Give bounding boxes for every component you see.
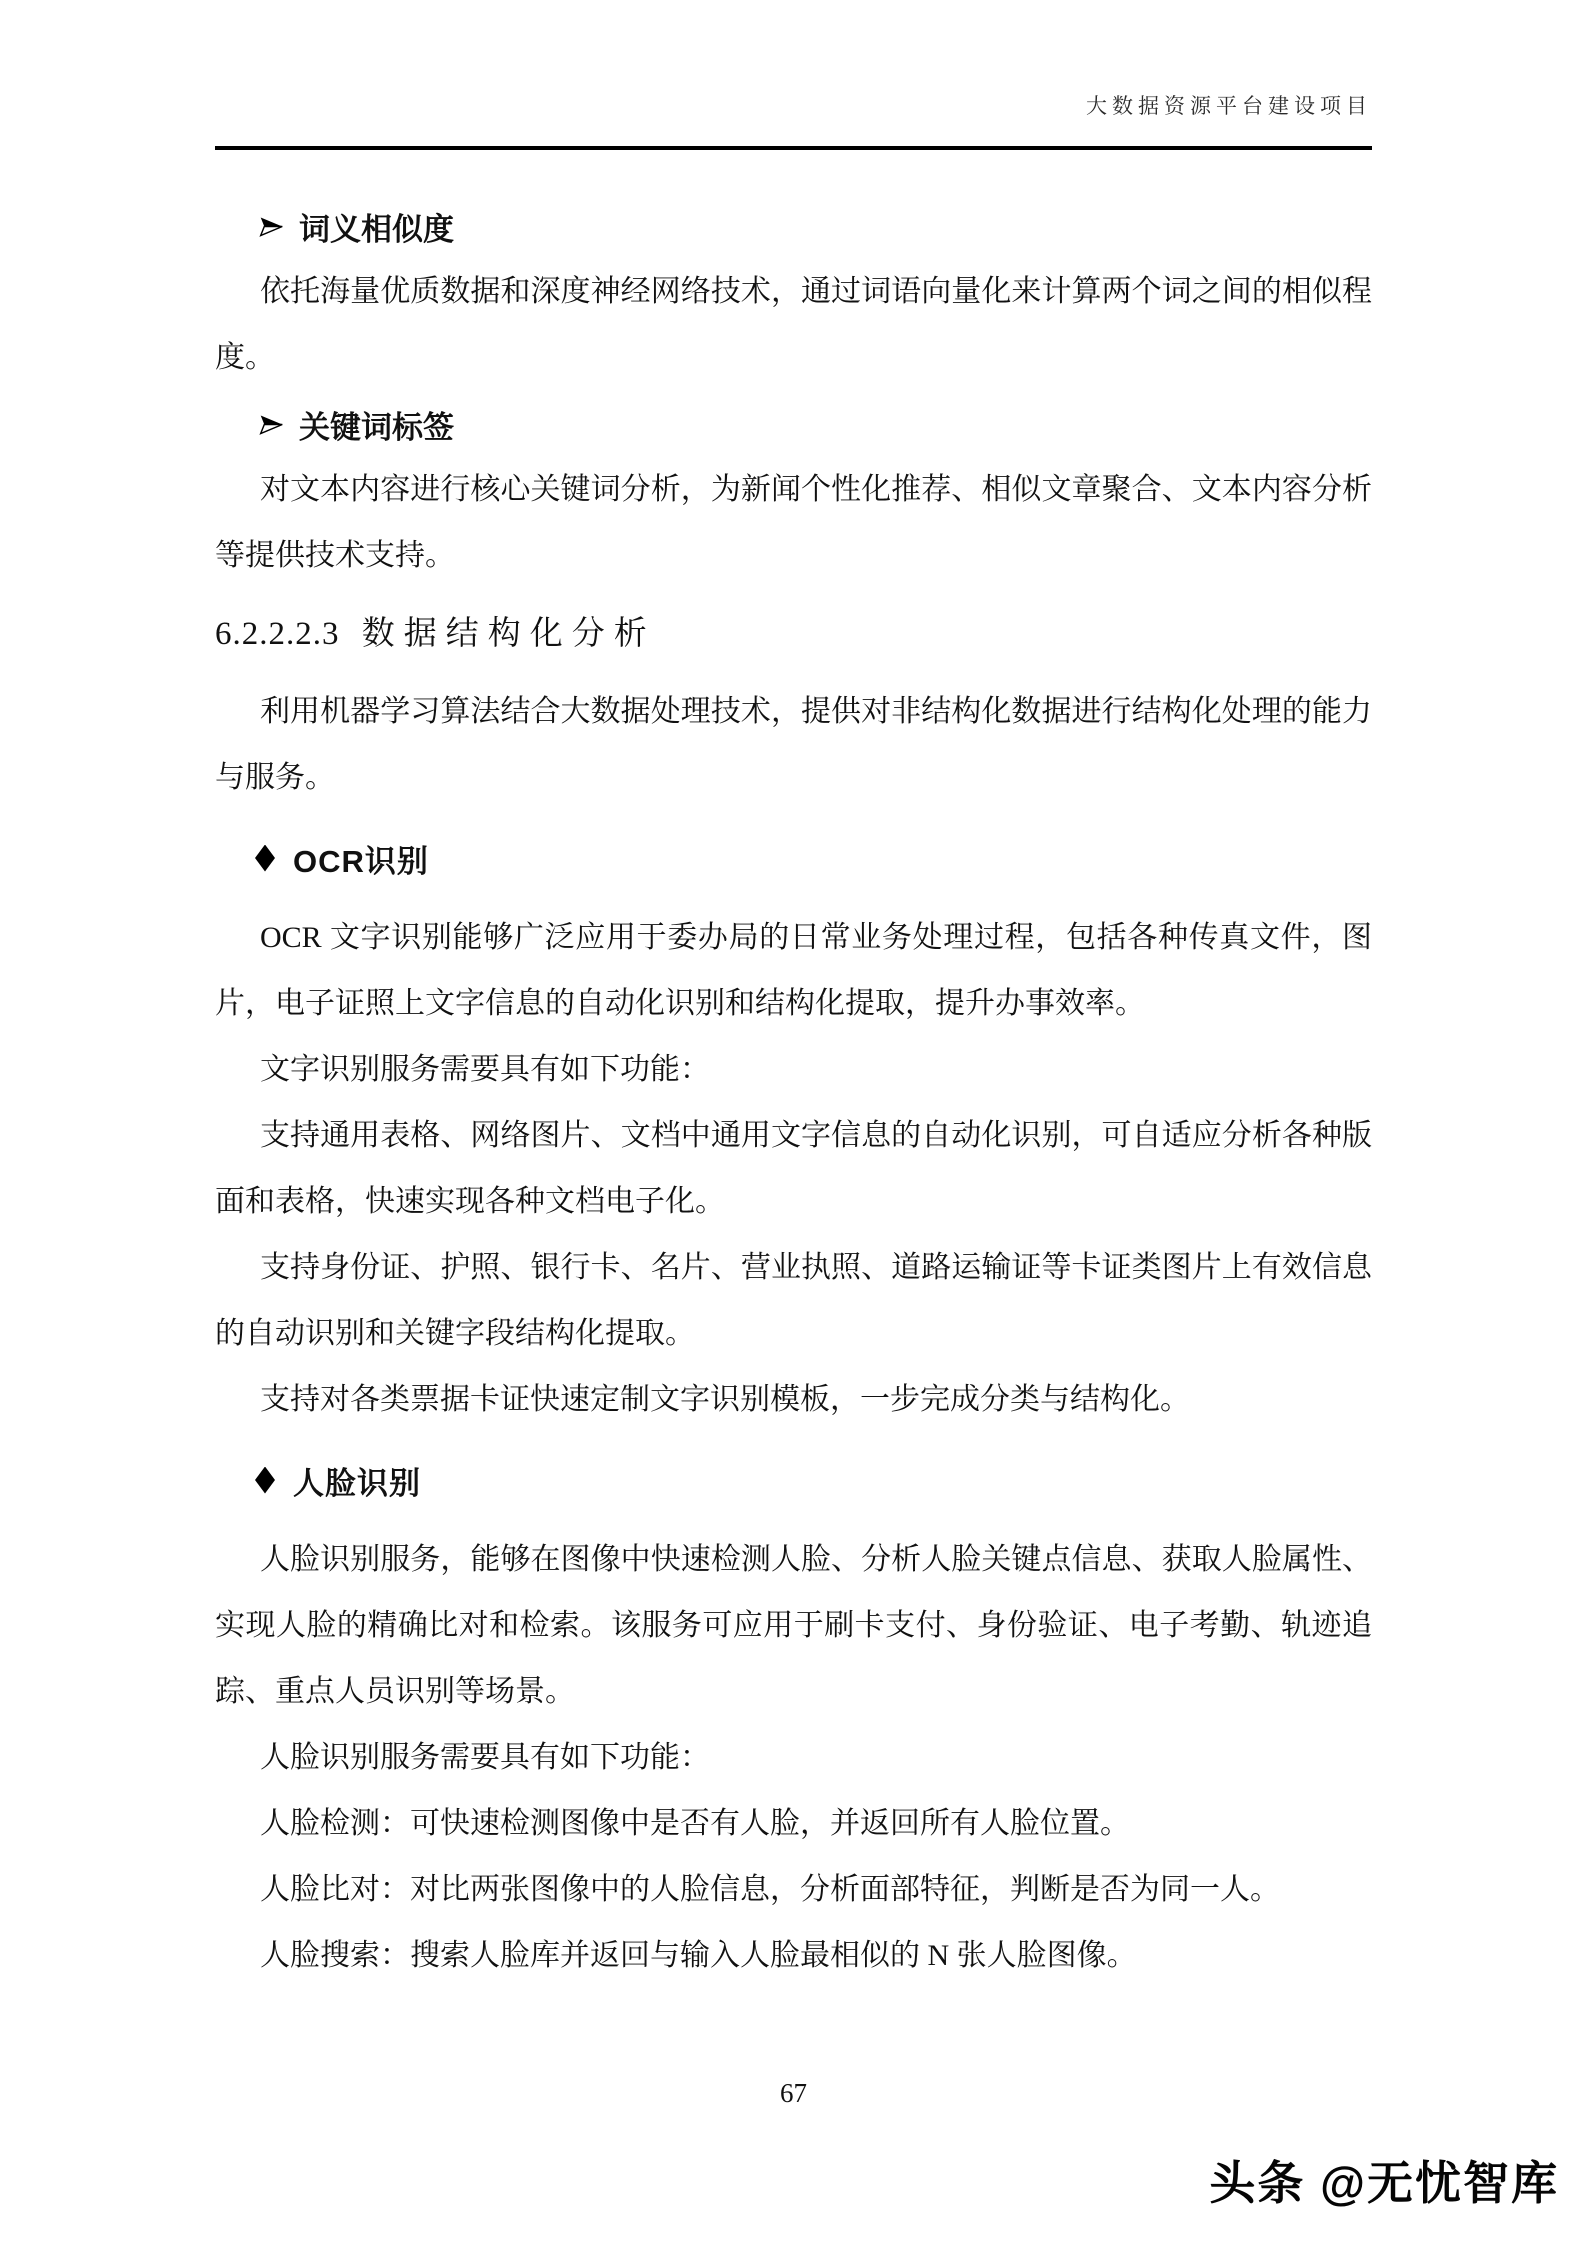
diamond-bullet-icon: [255, 1467, 275, 1494]
paragraph: 对文本内容进行核心关键词分析，为新闻个性化推荐、相似文章聚合、文本内容分析等提供…: [215, 457, 1372, 589]
diamond-heading-face-recognition: 人脸识别: [255, 1447, 1372, 1513]
document-body: 词义相似度 依托海量优质数据和深度神经网络技术，通过词语向量化来计算两个词之间的…: [215, 150, 1372, 1989]
paragraph: 人脸识别服务需要具有如下功能：: [215, 1725, 1372, 1791]
arrow-bullet-icon: [258, 213, 285, 240]
header-project-title: 大数据资源平台建设项目: [1086, 94, 1372, 118]
section-number: 6.2.2.2.3: [215, 616, 340, 652]
diamond-heading-ocr: OCR识别: [255, 825, 1372, 891]
section-title: 数据结构化分析: [362, 616, 656, 652]
paragraph: 人脸检测：可快速检测图像中是否有人脸，并返回所有人脸位置。: [215, 1791, 1372, 1857]
paragraph: 文字识别服务需要具有如下功能：: [215, 1037, 1372, 1103]
bullet-heading-word-similarity: 词义相似度: [258, 193, 1372, 259]
diamond-bullet-icon: [255, 845, 275, 872]
diamond-heading-label: 人脸识别: [293, 1458, 421, 1503]
paragraph: 人脸比对：对比两张图像中的人脸信息，分析面部特征，判断是否为同一人。: [215, 1857, 1372, 1923]
paragraph: 依托海量优质数据和深度神经网络技术，通过词语向量化来计算两个词之间的相似程度。: [215, 259, 1372, 391]
paragraph: 人脸搜索：搜索人脸库并返回与输入人脸最相似的 N 张人脸图像。: [215, 1923, 1372, 1989]
watermark-text: 头条 @无忧智库: [1209, 2156, 1559, 2211]
paragraph: 支持对各类票据卡证快速定制文字识别模板，一步完成分类与结构化。: [215, 1367, 1372, 1433]
paragraph: OCR 文字识别能够广泛应用于委办局的日常业务处理过程，包括各种传真文件，图片，…: [215, 905, 1372, 1037]
diamond-heading-label: OCR识别: [293, 836, 429, 881]
document-page: 大数据资源平台建设项目 词义相似度 依托海量优质数据和深度神经网络技术，通过词语…: [0, 0, 1587, 1989]
arrow-bullet-icon: [258, 411, 285, 438]
page-number: 67: [0, 2078, 1587, 2109]
paragraph: 人脸识别服务，能够在图像中快速检测人脸、分析人脸关键点信息、获取人脸属性、实现人…: [215, 1527, 1372, 1725]
paragraph: 支持身份证、护照、银行卡、名片、营业执照、道路运输证等卡证类图片上有效信息的自动…: [215, 1235, 1372, 1367]
bullet-heading-label: 关键词标签: [299, 402, 454, 447]
section-heading-data-structuring: 6.2.2.2.3 数据结构化分析: [215, 601, 1372, 667]
paragraph: 支持通用表格、网络图片、文档中通用文字信息的自动化识别，可自适应分析各种版面和表…: [215, 1103, 1372, 1235]
bullet-heading-label: 词义相似度: [299, 204, 454, 249]
bullet-heading-keyword-tags: 关键词标签: [258, 391, 1372, 457]
page-header: 大数据资源平台建设项目: [215, 0, 1372, 150]
paragraph: 利用机器学习算法结合大数据处理技术，提供对非结构化数据进行结构化处理的能力与服务…: [215, 679, 1372, 811]
